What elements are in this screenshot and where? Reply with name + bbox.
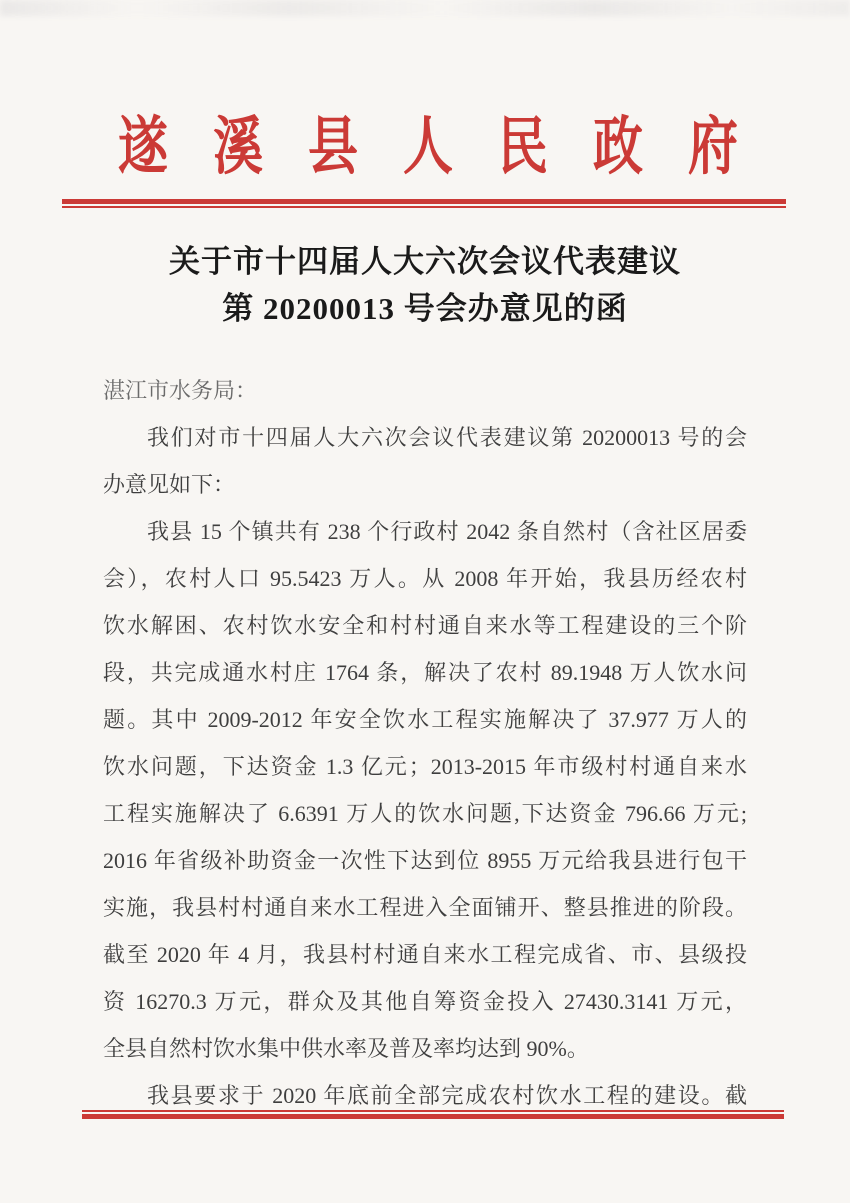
body-line: 2016 年省级补助资金一次性下达到位 8955 万元给我县进行包干 — [103, 837, 747, 884]
body-line: 资 16270.3 万元，群众及其他自筹资金投入 27430.3141 万元， — [103, 978, 747, 1025]
document-title-line2: 第 20200013 号会办意见的函 — [0, 285, 850, 332]
body-line: 实施，我县村村通自来水工程进入全面铺开、整县推进的阶段。 — [103, 884, 747, 931]
letterhead-double-rule — [62, 199, 786, 208]
letter-body: 湛江市水务局： 我们对市十四届人大六次会议代表建议第 20200013 号的会 … — [103, 367, 747, 1119]
letterhead-gov-title: 遂 溪 县 人 民 政 府 — [118, 115, 738, 178]
body-line: 截至 2020 年 4 月，我县村村通自来水工程完成省、市、县级投 — [103, 931, 747, 978]
letterhead-char: 民 — [498, 115, 548, 178]
footer-double-rule — [82, 1110, 784, 1119]
scanned-letter-page: 遂 溪 县 人 民 政 府 关于市十四届人大六次会议代表建议 第 2020001… — [0, 0, 850, 1203]
letterhead-char: 县 — [308, 115, 358, 178]
letterhead-char: 溪 — [213, 115, 263, 178]
body-line: 我县 15 个镇共有 238 个行政村 2042 条自然村（含社区居委 — [103, 508, 747, 555]
letterhead-char: 政 — [593, 115, 643, 178]
body-line: 工程实施解决了 6.6391 万人的饮水问题,下达资金 796.66 万元; — [103, 790, 747, 837]
body-line: 会），农村人口 95.5423 万人。从 2008 年开始，我县历经农村 — [103, 555, 747, 602]
letterhead-char: 府 — [688, 115, 738, 178]
body-line: 我们对市十四届人大六次会议代表建议第 20200013 号的会 — [103, 414, 747, 461]
letterhead-char: 人 — [403, 115, 453, 178]
body-line: 饮水解困、农村饮水安全和村村通自来水等工程建设的三个阶 — [103, 602, 747, 649]
body-line: 饮水问题，下达资金 1.3 亿元；2013-2015 年市级村村通自来水 — [103, 743, 747, 790]
document-title: 关于市十四届人大六次会议代表建议 第 20200013 号会办意见的函 — [0, 238, 850, 332]
letterhead-char: 遂 — [118, 115, 168, 178]
document-title-line1: 关于市十四届人大六次会议代表建议 — [0, 238, 850, 285]
body-line: 办意见如下： — [103, 461, 747, 508]
salutation-line: 湛江市水务局： — [103, 367, 747, 414]
body-line: 段，共完成通水村庄 1764 条，解决了农村 89.1948 万人饮水问 — [103, 649, 747, 696]
body-line: 题。其中 2009-2012 年安全饮水工程实施解决了 37.977 万人的 — [103, 696, 747, 743]
scan-artifact-top-shadow — [0, 0, 850, 16]
body-line: 全县自然村饮水集中供水率及普及率均达到 90%。 — [103, 1025, 747, 1072]
